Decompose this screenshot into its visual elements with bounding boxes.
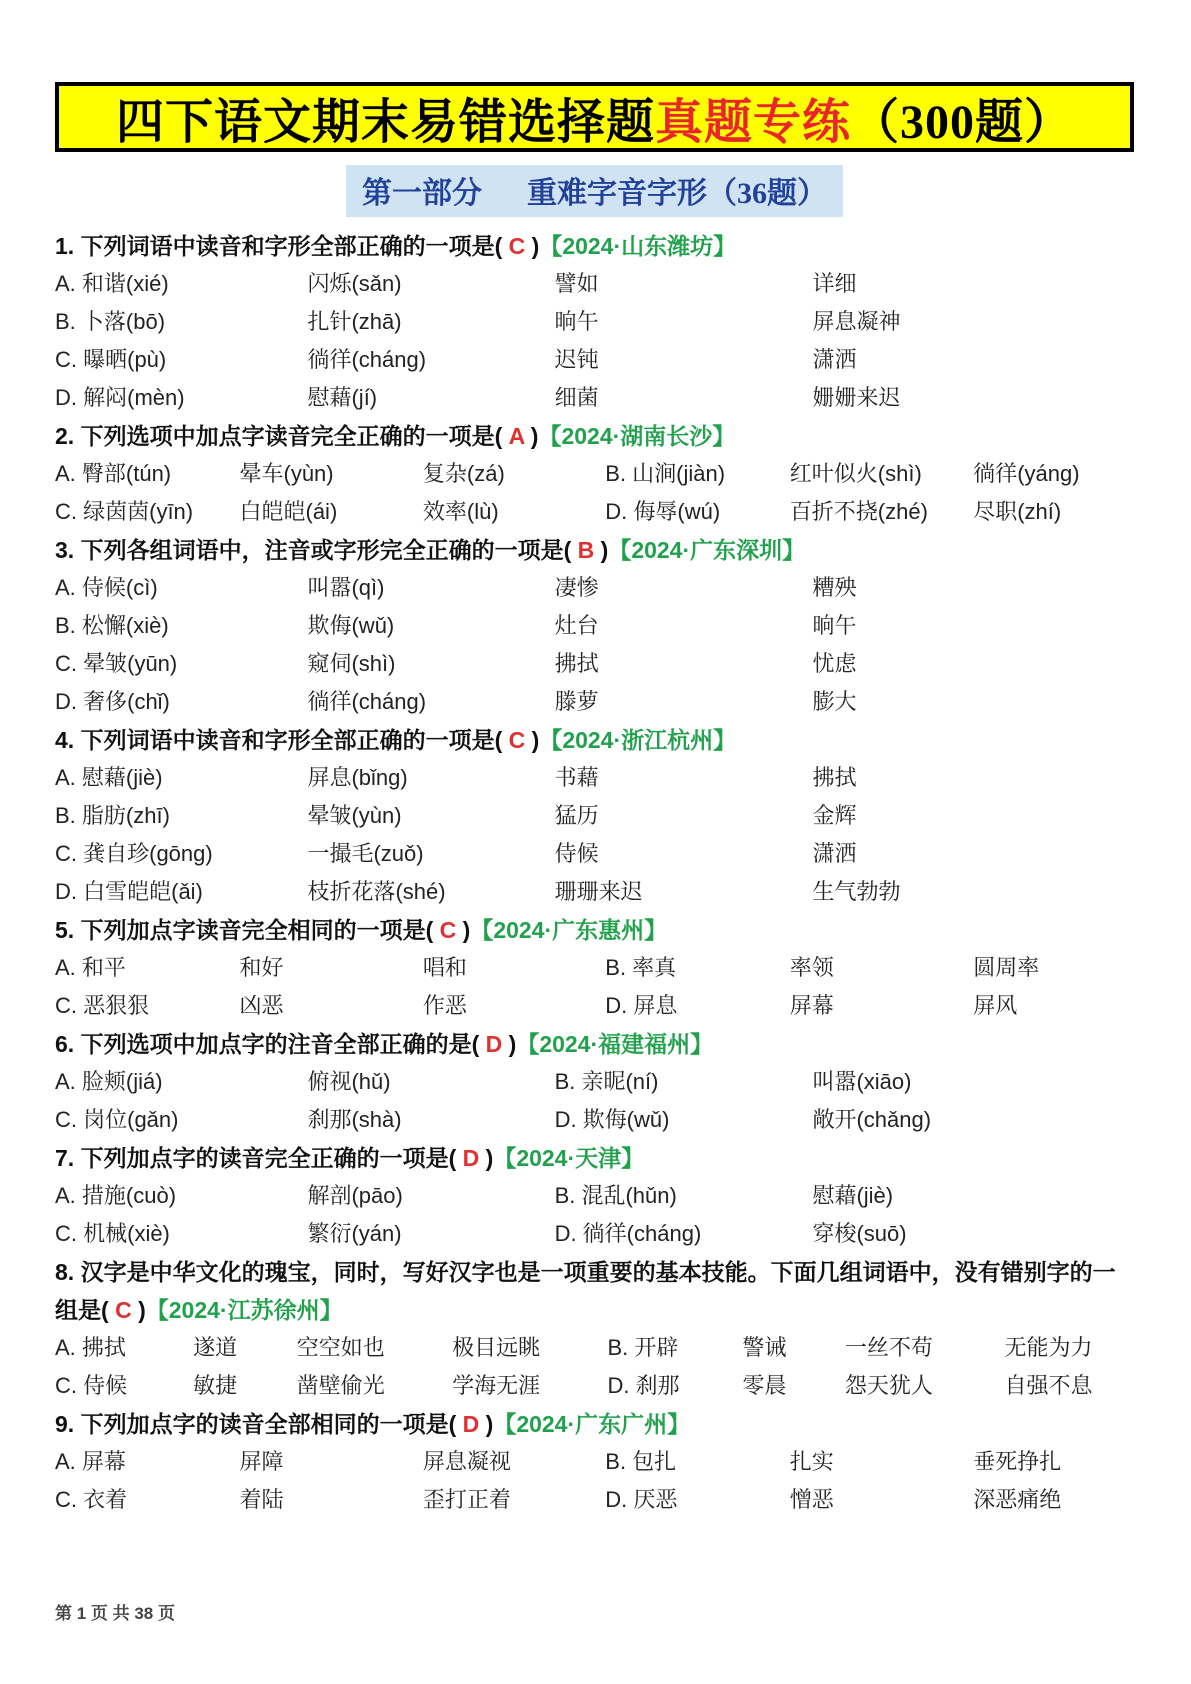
option-cell: D. 解闷(mèn) — [55, 379, 307, 417]
option-cell: 详细 — [812, 265, 1134, 303]
option-cell: 自强不息 — [1005, 1367, 1135, 1405]
answer-letter: C — [509, 233, 526, 259]
option-cell: 唱和 — [423, 949, 605, 987]
option-cell: 极目远眺 — [452, 1329, 607, 1367]
option-cell: 姗姗来迟 — [812, 379, 1134, 417]
option-cell: C. 曝晒(pù) — [55, 341, 307, 379]
option-cell: C. 机械(xiè) — [55, 1215, 307, 1253]
option-cell: 慰藉(jiè) — [812, 1177, 1134, 1215]
source-tag: 【2024·江苏徐州】 — [146, 1297, 343, 1323]
option-cell: 空空如也 — [297, 1329, 452, 1367]
answer-paren-close: ) — [502, 1031, 516, 1057]
option-cell: 譬如 — [555, 265, 813, 303]
source-tag: 【2024·天津】 — [493, 1145, 644, 1171]
option-cell: A. 慰藉(jiè) — [55, 759, 307, 797]
option-cell: 扎针(zhā) — [307, 303, 554, 341]
option-cell: A. 措施(cuò) — [55, 1177, 307, 1215]
option-cell: D. 屏息 — [605, 987, 790, 1025]
question-3: 3. 下列各组词语中，注音或字形完全正确的一项是( B )【2024·广东深圳】… — [55, 531, 1134, 721]
option-cell: 枝折花落(shé) — [307, 873, 554, 911]
option-cell: B. 包扎 — [605, 1443, 790, 1481]
option-row: C. 晕皱(yūn)窥伺(shì)拂拭忧虑 — [55, 645, 1134, 683]
answer-paren-close: ) — [456, 917, 470, 943]
option-cell: 扎实 — [790, 1443, 973, 1481]
option-row: A. 和平和好唱和B. 率真率领圆周率 — [55, 949, 1134, 987]
stem-text: 7. 下列加点字的读音完全正确的一项是( — [55, 1145, 463, 1171]
question-stem: 8. 汉字是中华文化的瑰宝，同时，写好汉字也是一项重要的基本技能。下面几组词语中… — [55, 1253, 1134, 1329]
option-cell: C. 岗位(gǎn) — [55, 1101, 307, 1139]
option-cell: D. 刹那 — [607, 1367, 742, 1405]
option-cell: A. 屏幕 — [55, 1443, 240, 1481]
option-cell: 学海无涯 — [452, 1367, 607, 1405]
option-row: C. 衣着着陆歪打正着D. 厌恶憎恶深恶痛绝 — [55, 1481, 1134, 1519]
stem-text: 5. 下列加点字读音完全相同的一项是( — [55, 917, 440, 943]
option-cell: 金辉 — [812, 797, 1134, 835]
option-cell: 屏息(bǐng) — [307, 759, 554, 797]
option-cell: 糟殃 — [812, 569, 1134, 607]
option-row: A. 脸颊(jiá)俯视(hǔ)B. 亲昵(ní)叫嚣(xiāo) — [55, 1063, 1134, 1101]
option-cell: D. 奢侈(chǐ) — [55, 683, 307, 721]
source-tag: 【2024·浙江杭州】 — [539, 727, 736, 753]
option-cell: B. 开辟 — [607, 1329, 742, 1367]
option-cell: 窥伺(shì) — [307, 645, 554, 683]
option-cell: D. 厌恶 — [605, 1481, 790, 1519]
option-cell: 效率(lù) — [423, 493, 605, 531]
option-cell: C. 侍候 — [55, 1367, 193, 1405]
option-cell: 滕萝 — [555, 683, 813, 721]
option-cell: 忧虑 — [812, 645, 1134, 683]
option-cell: 怨天犹人 — [845, 1367, 1005, 1405]
page-footer: 第 1 页 共 38 页 — [55, 1599, 175, 1624]
question-stem: 5. 下列加点字读音完全相同的一项是( C )【2024·广东惠州】 — [55, 911, 1134, 949]
option-row: C. 龚自珍(gōng)一撮毛(zuǒ)侍候潇洒 — [55, 835, 1134, 873]
answer-paren-close: ) — [479, 1145, 493, 1171]
option-cell: C. 恶狠狠 — [55, 987, 240, 1025]
option-cell: 屏息凝视 — [423, 1443, 605, 1481]
question-stem: 4. 下列词语中读音和字形全部正确的一项是( C )【2024·浙江杭州】 — [55, 721, 1134, 759]
option-row: C. 恶狠狠凶恶作恶D. 屏息屏幕屏风 — [55, 987, 1134, 1025]
option-cell: 拂拭 — [812, 759, 1134, 797]
option-row: B. 脂肪(zhī)晕皱(yùn)猛历金辉 — [55, 797, 1134, 835]
option-cell: 穿梭(suō) — [812, 1215, 1134, 1253]
option-cell: 屏风 — [973, 987, 1134, 1025]
option-cell: 无能为力 — [1005, 1329, 1135, 1367]
option-cell: 猛历 — [555, 797, 813, 835]
option-cell: C. 绿茵茵(yīn) — [55, 493, 240, 531]
question-stem: 9. 下列加点字的读音全部相同的一项是( D )【2024·广东广州】 — [55, 1405, 1134, 1443]
question-2: 2. 下列选项中加点字读音完全正确的一项是( A )【2024·湖南长沙】A. … — [55, 417, 1134, 531]
option-cell: 珊珊来迟 — [555, 873, 813, 911]
option-row: D. 白雪皑皑(ǎi)枝折花落(shé)珊珊来迟生气勃勃 — [55, 873, 1134, 911]
option-cell: A. 和平 — [55, 949, 240, 987]
document-page: 四下语文期末易错选择题真题专练（300题） 第一部分 重难字音字形（36题） 1… — [0, 0, 1191, 1684]
question-stem: 3. 下列各组词语中，注音或字形完全正确的一项是( B )【2024·广东深圳】 — [55, 531, 1134, 569]
option-row: C. 曝晒(pù)徜徉(cháng)迟钝潇洒 — [55, 341, 1134, 379]
answer-letter: C — [115, 1297, 132, 1323]
option-cell: 警诫 — [742, 1329, 845, 1367]
stem-text: 6. 下列选项中加点字的注音全部正确的是( — [55, 1031, 486, 1057]
option-cell: B. 脂肪(zhī) — [55, 797, 307, 835]
question-6: 6. 下列选项中加点字的注音全部正确的是( D )【2024·福建福州】A. 脸… — [55, 1025, 1134, 1139]
option-cell: 叫嚣(xiāo) — [812, 1063, 1134, 1101]
option-cell: 凄惨 — [555, 569, 813, 607]
option-cell: A. 侍候(cì) — [55, 569, 307, 607]
option-row: C. 侍候敏捷凿壁偷光学海无涯D. 刹那零晨怨天犹人自强不息 — [55, 1367, 1134, 1405]
question-stem: 1. 下列词语中读音和字形全部正确的一项是( C )【2024·山东潍坊】 — [55, 227, 1134, 265]
option-cell: 潇洒 — [812, 341, 1134, 379]
section-header: 第一部分 重难字音字形（36题） — [346, 165, 843, 217]
option-row: C. 绿茵茵(yīn)白皑皑(ái)效率(lù)D. 侮辱(wú)百折不挠(zh… — [55, 493, 1134, 531]
answer-paren-close: ) — [594, 537, 608, 563]
option-cell: A. 拂拭 — [55, 1329, 193, 1367]
option-row: D. 解闷(mèn)慰藉(jí)细菌姗姗来迟 — [55, 379, 1134, 417]
document-title-banner: 四下语文期末易错选择题真题专练（300题） — [55, 82, 1134, 152]
option-cell: 侍候 — [555, 835, 813, 873]
option-cell: D. 欺侮(wǔ) — [555, 1101, 813, 1139]
option-cell: A. 脸颊(jiá) — [55, 1063, 307, 1101]
option-cell: 潇洒 — [812, 835, 1134, 873]
answer-paren-close: ) — [524, 423, 538, 449]
title-part-black: 四下语文期末易错选择题 — [116, 83, 655, 152]
source-tag: 【2024·广东惠州】 — [470, 917, 667, 943]
question-9: 9. 下列加点字的读音全部相同的一项是( D )【2024·广东广州】A. 屏幕… — [55, 1405, 1134, 1519]
option-cell: 拂拭 — [555, 645, 813, 683]
option-cell: 和好 — [240, 949, 423, 987]
answer-letter: D — [463, 1145, 480, 1171]
source-tag: 【2024·福建福州】 — [516, 1031, 713, 1057]
option-cell: 解剖(pāo) — [307, 1177, 554, 1215]
option-cell: 徜徉(cháng) — [307, 341, 554, 379]
answer-letter: D — [463, 1411, 480, 1437]
option-row: C. 岗位(gǎn)刹那(shà)D. 欺侮(wǔ)敞开(chǎng) — [55, 1101, 1134, 1139]
option-cell: 灶台 — [555, 607, 813, 645]
option-cell: A. 和谐(xié) — [55, 265, 307, 303]
option-row: B. 卜落(bō)扎针(zhā)晌午屏息凝神 — [55, 303, 1134, 341]
option-cell: 晌午 — [812, 607, 1134, 645]
option-cell: D. 侮辱(wú) — [605, 493, 790, 531]
answer-paren-close: ) — [479, 1411, 493, 1437]
option-cell: 敏捷 — [193, 1367, 297, 1405]
option-cell: 晕车(yùn) — [240, 455, 423, 493]
option-cell: 繁衍(yán) — [307, 1215, 554, 1253]
option-cell: D. 白雪皑皑(ǎi) — [55, 873, 307, 911]
section-header-row: 第一部分 重难字音字形（36题） — [55, 165, 1134, 217]
question-4: 4. 下列词语中读音和字形全部正确的一项是( C )【2024·浙江杭州】A. … — [55, 721, 1134, 911]
option-cell: B. 卜落(bō) — [55, 303, 307, 341]
option-cell: 率领 — [790, 949, 973, 987]
question-8: 8. 汉字是中华文化的瑰宝，同时，写好汉字也是一项重要的基本技能。下面几组词语中… — [55, 1253, 1134, 1405]
option-cell: 一丝不苟 — [845, 1329, 1005, 1367]
option-cell: C. 衣着 — [55, 1481, 240, 1519]
source-tag: 【2024·广东深圳】 — [608, 537, 805, 563]
title-part-count: （300题） — [851, 83, 1073, 152]
source-tag: 【2024·湖南长沙】 — [538, 423, 735, 449]
option-cell: 着陆 — [240, 1481, 423, 1519]
option-cell: 复杂(zá) — [423, 455, 605, 493]
option-cell: 俯视(hǔ) — [307, 1063, 554, 1101]
option-cell: 细菌 — [555, 379, 813, 417]
option-cell: 屏幕 — [790, 987, 973, 1025]
option-cell: A. 臀部(tún) — [55, 455, 240, 493]
stem-text: 9. 下列加点字的读音全部相同的一项是( — [55, 1411, 463, 1437]
stem-text: 2. 下列选项中加点字读音完全正确的一项是( — [55, 423, 509, 449]
question-stem: 6. 下列选项中加点字的注音全部正确的是( D )【2024·福建福州】 — [55, 1025, 1134, 1063]
option-cell: 生气勃勃 — [812, 873, 1134, 911]
option-cell: B. 混乱(hǔn) — [555, 1177, 813, 1215]
option-row: A. 措施(cuò)解剖(pāo)B. 混乱(hǔn)慰藉(jiè) — [55, 1177, 1134, 1215]
stem-text: 1. 下列词语中读音和字形全部正确的一项是( — [55, 233, 509, 259]
option-cell: 叫嚣(qì) — [307, 569, 554, 607]
option-cell: 百折不挠(zhé) — [790, 493, 973, 531]
source-tag: 【2024·广东广州】 — [493, 1411, 690, 1437]
option-cell: 徜徉(cháng) — [307, 683, 554, 721]
stem-text: 4. 下列词语中读音和字形全部正确的一项是( — [55, 727, 509, 753]
option-cell: 书藉 — [555, 759, 813, 797]
answer-paren-close: ) — [525, 727, 539, 753]
option-cell: C. 龚自珍(gōng) — [55, 835, 307, 873]
option-cell: D. 徜徉(cháng) — [555, 1215, 813, 1253]
option-row: D. 奢侈(chǐ)徜徉(cháng)滕萝膨大 — [55, 683, 1134, 721]
option-cell: 凶恶 — [240, 987, 423, 1025]
option-cell: 刹那(shà) — [307, 1101, 554, 1139]
option-row: A. 拂拭遂道空空如也极目远眺B. 开辟警诫一丝不苟无能为力 — [55, 1329, 1134, 1367]
option-row: A. 臀部(tún)晕车(yùn)复杂(zá)B. 山涧(jiàn)红叶似火(s… — [55, 455, 1134, 493]
option-cell: B. 山涧(jiàn) — [605, 455, 790, 493]
option-row: A. 和谐(xié)闪烁(sǎn)譬如详细 — [55, 265, 1134, 303]
option-cell: 零晨 — [742, 1367, 845, 1405]
option-cell: 垂死挣扎 — [973, 1443, 1134, 1481]
answer-paren-close: ) — [132, 1297, 146, 1323]
answer-letter: C — [440, 917, 457, 943]
option-cell: 憎恶 — [790, 1481, 973, 1519]
option-cell: 歪打正着 — [423, 1481, 605, 1519]
option-cell: 尽职(zhí) — [973, 493, 1134, 531]
question-7: 7. 下列加点字的读音完全正确的一项是( D )【2024·天津】A. 措施(c… — [55, 1139, 1134, 1253]
option-cell: 徜徉(yáng) — [973, 455, 1134, 493]
question-stem: 7. 下列加点字的读音完全正确的一项是( D )【2024·天津】 — [55, 1139, 1134, 1177]
answer-letter: D — [486, 1031, 503, 1057]
answer-letter: A — [509, 423, 525, 449]
title-part-red: 真题专练 — [655, 83, 851, 152]
answer-paren-close: ) — [525, 233, 539, 259]
option-cell: 慰藉(jí) — [307, 379, 554, 417]
option-row: A. 慰藉(jiè)屏息(bǐng)书藉拂拭 — [55, 759, 1134, 797]
source-tag: 【2024·山东潍坊】 — [539, 233, 736, 259]
option-cell: 作恶 — [423, 987, 605, 1025]
option-cell: B. 松懈(xiè) — [55, 607, 307, 645]
option-cell: 屏障 — [240, 1443, 423, 1481]
question-1: 1. 下列词语中读音和字形全部正确的一项是( C )【2024·山东潍坊】A. … — [55, 227, 1134, 417]
option-row: A. 屏幕屏障屏息凝视B. 包扎扎实垂死挣扎 — [55, 1443, 1134, 1481]
option-cell: B. 率真 — [605, 949, 790, 987]
question-5: 5. 下列加点字读音完全相同的一项是( C )【2024·广东惠州】A. 和平和… — [55, 911, 1134, 1025]
option-cell: 迟钝 — [555, 341, 813, 379]
option-row: A. 侍候(cì)叫嚣(qì)凄惨糟殃 — [55, 569, 1134, 607]
option-cell: 敞开(chǎng) — [812, 1101, 1134, 1139]
option-cell: C. 晕皱(yūn) — [55, 645, 307, 683]
option-row: C. 机械(xiè)繁衍(yán)D. 徜徉(cháng)穿梭(suō) — [55, 1215, 1134, 1253]
option-cell: B. 亲昵(ní) — [555, 1063, 813, 1101]
option-row: B. 松懈(xiè)欺侮(wǔ)灶台晌午 — [55, 607, 1134, 645]
option-cell: 闪烁(sǎn) — [307, 265, 554, 303]
option-cell: 红叶似火(shì) — [790, 455, 973, 493]
option-cell: 晕皱(yùn) — [307, 797, 554, 835]
option-cell: 晌午 — [555, 303, 813, 341]
option-cell: 一撮毛(zuǒ) — [307, 835, 554, 873]
option-cell: 欺侮(wǔ) — [307, 607, 554, 645]
option-cell: 白皑皑(ái) — [240, 493, 423, 531]
answer-letter: B — [578, 537, 595, 563]
stem-text: 3. 下列各组词语中，注音或字形完全正确的一项是( — [55, 537, 578, 563]
option-cell: 圆周率 — [973, 949, 1134, 987]
option-cell: 凿壁偷光 — [297, 1367, 452, 1405]
option-cell: 膨大 — [812, 683, 1134, 721]
question-stem: 2. 下列选项中加点字读音完全正确的一项是( A )【2024·湖南长沙】 — [55, 417, 1134, 455]
option-cell: 深恶痛绝 — [973, 1481, 1134, 1519]
questions-container: 1. 下列词语中读音和字形全部正确的一项是( C )【2024·山东潍坊】A. … — [55, 227, 1134, 1519]
answer-letter: C — [509, 727, 526, 753]
option-cell: 屏息凝神 — [812, 303, 1134, 341]
option-cell: 遂道 — [193, 1329, 297, 1367]
